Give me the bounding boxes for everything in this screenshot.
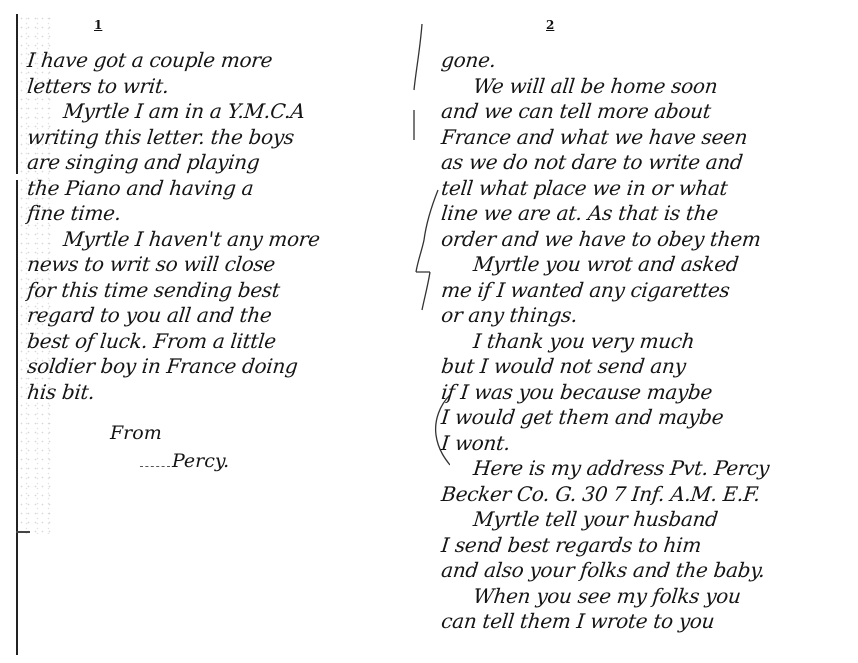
handwritten-line: soldier boy in France doing [22,354,430,380]
handwritten-line: I have got a couple more [22,48,430,74]
handwritten-line: news to writ so will close [22,252,430,278]
handwritten-line: Myrtle tell your husband [440,507,858,533]
handwritten-line: Myrtle you wrot and asked [440,252,858,278]
letter-scan: 1 I have got a couple more letters to wr… [0,0,858,663]
handwritten-line: I thank you very much [440,329,858,355]
handwritten-line: his bit. [22,380,430,406]
page-number: 1 [94,18,102,32]
page-number: 2 [546,18,554,32]
handwritten-line: fine time. [22,201,430,227]
closing-from: From [110,422,162,444]
handwritten-line: for this time sending best [22,278,430,304]
handwritten-line: the Piano and having a [22,176,430,202]
handwritten-line: letters to writ. [22,74,430,100]
page-1-body: I have got a couple more letters to writ… [22,48,427,405]
handwritten-line: and we can tell more about [440,99,858,125]
handwritten-line: but I would not send any [440,354,858,380]
signature: Percy. [172,450,229,472]
signature-flourish [140,466,170,468]
handwritten-line: are singing and playing [22,150,430,176]
handwritten-line: Myrtle I haven't any more [22,227,430,253]
handwritten-line: I would get them and maybe [440,405,858,431]
handwritten-line: regard to you all and the [22,303,430,329]
handwritten-line: Here is my address Pvt. Percy [440,456,858,482]
handwritten-line: tell what place we in or what [440,176,858,202]
letter-page-2: 2 gone. We will all be home soon and we … [440,0,858,663]
handwritten-line: I wont. [440,431,858,457]
handwritten-line: best of luck. From a little [22,329,430,355]
handwritten-line: Becker Co. G. 30 7 Inf. A.M. E.F. [440,482,858,508]
handwritten-line: gone. [440,48,858,74]
handwritten-line: order and we have to obey them [440,227,858,253]
page-2-body: gone. We will all be home soon and we ca… [440,48,858,635]
handwritten-line: and also your folks and the baby. [440,558,858,584]
handwritten-line: as we do not dare to write and [440,150,858,176]
binding-edge-lower [16,180,18,655]
binding-edge [16,14,18,174]
handwritten-line: line we are at. As that is the [440,201,858,227]
handwritten-line: France and what we have seen [440,125,858,151]
handwritten-line: me if I wanted any cigarettes [440,278,858,304]
handwritten-line: writing this letter. the boys [22,125,430,151]
handwritten-line: or any things. [440,303,858,329]
handwritten-line: I send best regards to him [440,533,858,559]
letter-page-1: 1 I have got a couple more letters to wr… [22,0,427,663]
handwritten-line: Myrtle I am in a Y.M.C.A [22,99,430,125]
handwritten-line: When you see my folks you [440,584,858,610]
handwritten-line: can tell them I wrote to you [440,609,858,635]
handwritten-line: We will all be home soon [440,74,858,100]
handwritten-line: if I was you because maybe [440,380,858,406]
